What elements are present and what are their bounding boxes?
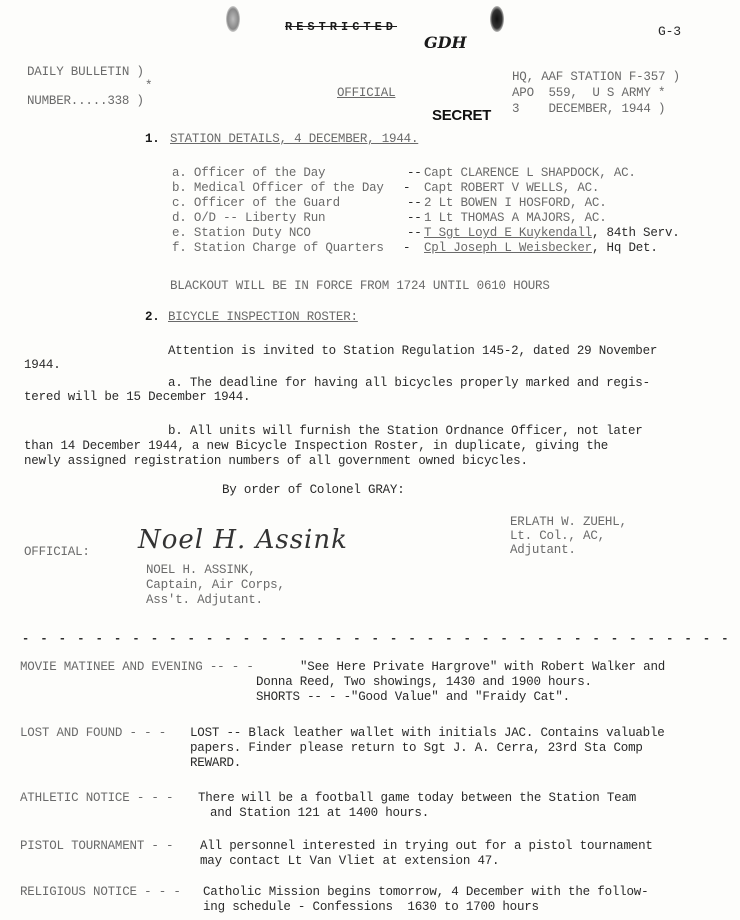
notice-line: "See Here Private Hargrove" with Robert … bbox=[300, 660, 665, 675]
notice-line: REWARD. bbox=[190, 756, 241, 771]
hq-line-3: 3 DECEMBER, 1944 ) bbox=[512, 102, 665, 117]
classification-struck: RESTRICTED bbox=[285, 20, 397, 34]
detail-dash: -- bbox=[407, 196, 422, 211]
document-code: G-3 bbox=[658, 24, 681, 39]
bulletin-number: NUMBER.....338 ) bbox=[27, 94, 144, 109]
section-2-intro: Attention is invited to Station Regulati… bbox=[168, 344, 657, 359]
hq-line-2: APO 559, U S ARMY * bbox=[512, 86, 665, 101]
notice-line: Donna Reed, Two showings, 1430 and 1900 … bbox=[256, 675, 592, 690]
detail-dash: - bbox=[403, 241, 410, 256]
section-1-title: STATION DETAILS, 4 DECEMBER, 1944. bbox=[170, 132, 418, 147]
section-2-title: BICYCLE INSPECTION ROSTER: bbox=[168, 310, 358, 325]
notice-heading: ATHLETIC NOTICE - - - bbox=[20, 791, 173, 806]
detail-label: b. Medical Officer of the Day bbox=[172, 181, 384, 196]
notice-heading: LOST AND FOUND - - - bbox=[20, 726, 166, 741]
detail-label: a. Officer of the Day bbox=[172, 166, 325, 181]
handwritten-mark: GDH bbox=[424, 33, 467, 52]
notice-line: There will be a football game today betw… bbox=[198, 791, 636, 806]
notice-line: Catholic Mission begins tomorrow, 4 Dece… bbox=[203, 885, 648, 900]
notice-line: ing schedule - Confessions 1630 to 1700 … bbox=[203, 900, 539, 915]
section-1-number: 1. bbox=[145, 132, 160, 147]
official-heading: OFFICIAL bbox=[337, 86, 395, 101]
section-2-intro-cont: 1944. bbox=[24, 358, 61, 373]
blackout-notice: BLACKOUT WILL BE IN FORCE FROM 1724 UNTI… bbox=[170, 279, 550, 294]
detail-label: d. O/D -- Liberty Run bbox=[172, 211, 325, 226]
detail-value: T Sgt Loyd E Kuykendall, 84th Serv. bbox=[424, 226, 680, 241]
commander-rank: Lt. Col., AC, bbox=[510, 529, 605, 544]
section-2a-line-2: tered will be 15 December 1944. bbox=[24, 390, 250, 405]
bulletin-title: DAILY BULLETIN ) bbox=[27, 65, 144, 80]
separator-line: - - - - - - - - - - - - - - - - - - - - … bbox=[22, 632, 740, 646]
hq-line-1: HQ, AAF STATION F-357 ) bbox=[512, 70, 680, 85]
detail-value: 1 Lt THOMAS A MAJORS, AC. bbox=[424, 211, 607, 226]
signer-rank: Captain, Air Corps, bbox=[146, 578, 285, 593]
section-2-number: 2. bbox=[145, 310, 160, 325]
signer-title: Ass't. Adjutant. bbox=[146, 593, 263, 608]
detail-dash: -- bbox=[407, 166, 422, 181]
notice-line: All personnel interested in trying out f… bbox=[200, 839, 653, 854]
commander-name: ERLATH W. ZUEHL, bbox=[510, 515, 627, 530]
section-2b-line-3: newly assigned registration numbers of a… bbox=[24, 454, 528, 469]
detail-value: Capt CLARENCE L SHAPDOCK, AC. bbox=[424, 166, 636, 181]
notice-line: and Station 121 at 1400 hours. bbox=[210, 806, 429, 821]
section-2b-line-1: b. All units will furnish the Station Or… bbox=[168, 424, 643, 439]
section-2b-line-2: than 14 December 1944, a new Bicycle Ins… bbox=[24, 439, 608, 454]
detail-label: f. Station Charge of Quarters bbox=[172, 241, 384, 256]
signer-name: NOEL H. ASSINK, bbox=[146, 563, 256, 578]
notice-line: LOST -- Black leather wallet with initia… bbox=[190, 726, 665, 741]
notice-heading: MOVIE MATINEE AND EVENING -- - - bbox=[20, 660, 254, 675]
binder-hole-left bbox=[226, 6, 240, 32]
notice-line: may contact Lt Van Vliet at extension 47… bbox=[200, 854, 499, 869]
detail-label: e. Station Duty NCO bbox=[172, 226, 311, 241]
section-2a-line-1: a. The deadline for having all bicycles … bbox=[168, 376, 650, 391]
notice-heading: RELIGIOUS NOTICE - - - bbox=[20, 885, 181, 900]
official-label: OFFICIAL: bbox=[24, 545, 90, 560]
detail-value: Cpl Joseph L Weisbecker, Hq Det. bbox=[424, 241, 658, 256]
detail-dash: -- bbox=[407, 211, 422, 226]
bulletin-asterisk: * bbox=[145, 79, 152, 94]
notice-heading: PISTOL TOURNAMENT - - bbox=[20, 839, 173, 854]
detail-value: Capt ROBERT V WELLS, AC. bbox=[424, 181, 599, 196]
secret-stamp: SECRET bbox=[432, 107, 491, 124]
detail-dash: - bbox=[403, 181, 410, 196]
binder-hole-right bbox=[490, 6, 504, 32]
detail-value: 2 Lt BOWEN I HOSFORD, AC. bbox=[424, 196, 607, 211]
notice-line: SHORTS -- - -"Good Value" and "Fraidy Ca… bbox=[256, 690, 570, 705]
detail-dash: -- bbox=[407, 226, 422, 241]
handwritten-signature: Noel H. Assink bbox=[138, 525, 348, 555]
notice-line: papers. Finder please return to Sgt J. A… bbox=[190, 741, 643, 756]
by-order-line: By order of Colonel GRAY: bbox=[222, 483, 405, 498]
commander-title: Adjutant. bbox=[510, 543, 576, 558]
detail-label: c. Officer of the Guard bbox=[172, 196, 340, 211]
